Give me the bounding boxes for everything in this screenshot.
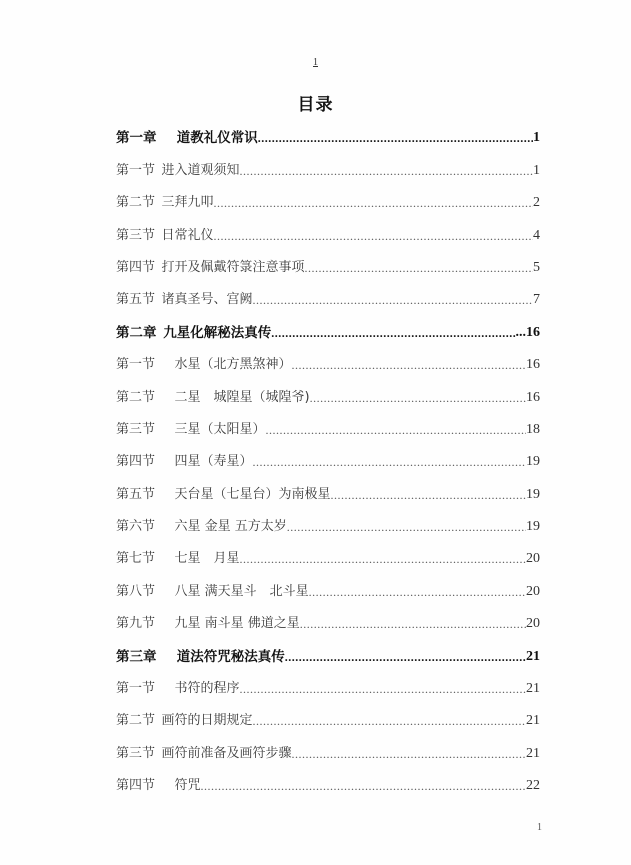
dot-leader (240, 550, 526, 568)
toc-entry-label: 第四节 四星（寿星） (116, 453, 253, 471)
toc-section[interactable]: 第六节 六星 金星 五方太岁 19 (116, 516, 540, 536)
toc-page-number: 2 (533, 194, 540, 212)
toc-entry-label: 第二节 二星 城隍星（城隍爷) (116, 389, 310, 407)
toc-section[interactable]: 第三节 三星（太阳星） 18 (116, 419, 540, 439)
dot-leader (214, 194, 533, 212)
toc-chapter-1[interactable]: 第一章 道教礼仪常识 1 (116, 127, 540, 147)
toc-section[interactable]: 第四节 四星（寿星） 19 (116, 451, 540, 471)
dot-leader (287, 518, 526, 536)
dot-leader (253, 712, 526, 730)
toc-section[interactable]: 第一节 书符的程序 21 (116, 678, 540, 698)
toc-page-number: 22 (526, 777, 540, 795)
toc-page-number: 5 (533, 259, 540, 277)
toc-entry-label: 第三节 三星（太阳星） (116, 421, 266, 439)
toc-section[interactable]: 第四节 符咒 22 (116, 775, 540, 795)
toc-section[interactable]: 第八节 八星 满天星斗 北斗星 20 (116, 581, 540, 601)
toc-entry-label: 第一节 书符的程序 (116, 680, 240, 698)
dot-leader (331, 486, 526, 504)
toc-section[interactable]: 第一节 进入道观须知 1 (116, 160, 540, 180)
dot-leader (285, 648, 526, 666)
toc-chapter-3[interactable]: 第三章 道法符咒秘法真传 21 (116, 646, 540, 666)
toc-section[interactable]: 第三节 画符前准备及画符步骤 21 (116, 743, 540, 763)
dot-leader (309, 583, 526, 601)
dot-leader (271, 324, 515, 342)
toc-page-number: 21 (526, 648, 540, 666)
toc-entry-label: 第一节 进入道观须知 (116, 162, 240, 180)
toc-section[interactable]: 第七节 七星 月星 20 (116, 548, 540, 568)
toc-entry-label: 第五节 诸真圣号、宫阙 (116, 291, 253, 309)
toc-entry-label: 第三节 画符前准备及画符步骤 (116, 745, 292, 763)
toc-section[interactable]: 第三节 日常礼仪 4 (116, 225, 540, 245)
dot-leader (258, 129, 533, 147)
dot-leader (253, 453, 526, 471)
header-page-number: 1 (0, 57, 631, 68)
toc-page-number: 18 (526, 421, 540, 439)
toc-page-number: 1 (533, 129, 540, 147)
toc-page-number: 19 (526, 453, 540, 471)
toc-page-number: 4 (533, 227, 540, 245)
dot-leader (240, 162, 533, 180)
toc-page-number: 20 (526, 583, 540, 601)
toc-entry-label: 第八节 八星 满天星斗 北斗星 (116, 583, 309, 601)
toc-page-number: 21 (526, 712, 540, 730)
toc-page-number: 21 (526, 745, 540, 763)
toc-entry-label: 第六节 六星 金星 五方太岁 (116, 518, 287, 536)
toc-section[interactable]: 第二节 二星 城隍星（城隍爷) 16 (116, 387, 540, 407)
dot-leader (240, 680, 526, 698)
toc-entry-label: 第四节 打开及佩戴符箓注意事项 (116, 259, 305, 277)
toc-entry-label: 第一章 道教礼仪常识 (116, 129, 258, 147)
toc-page-number: 20 (526, 550, 540, 568)
toc-section[interactable]: 第九节 九星 南斗星 佛道之星 20 (116, 613, 540, 633)
toc-page-number: 1 (533, 162, 540, 180)
dot-leader (214, 227, 533, 245)
toc-entry-label: 第三节 日常礼仪 (116, 227, 214, 245)
toc-page-number: 21 (526, 680, 540, 698)
toc-page-number: 19 (526, 518, 540, 536)
toc-entry-label: 第五节 天台星（七星台）为南极星 (116, 486, 331, 504)
toc-page-number: 16 (526, 356, 540, 374)
dot-leader (310, 389, 526, 407)
toc-section[interactable]: 第五节 诸真圣号、宫阙 7 (116, 289, 540, 309)
toc-entry-label: 第二章 九星化解秘法真传 (116, 324, 271, 342)
dot-leader (201, 777, 526, 795)
toc-section[interactable]: 第四节 打开及佩戴符箓注意事项 5 (116, 257, 540, 277)
toc-page-number: 20 (526, 615, 540, 633)
toc-section[interactable]: 第五节 天台星（七星台）为南极星 19 (116, 484, 540, 504)
dot-leader (253, 291, 533, 309)
footer-page-number: 1 (537, 822, 542, 833)
toc-section[interactable]: 第二节 三拜九叩 2 (116, 192, 540, 212)
toc-entry-label: 第二节 画符的日期规定 (116, 712, 253, 730)
dot-leader (292, 356, 526, 374)
toc-entry-label: 第三章 道法符咒秘法真传 (116, 648, 285, 666)
toc-section[interactable]: 第一节 水星（北方黑煞神） 16 (116, 354, 540, 374)
toc-chapter-2[interactable]: 第二章 九星化解秘法真传 ...16 (116, 322, 540, 342)
dot-leader (292, 745, 526, 763)
toc-page-number: 7 (533, 291, 540, 309)
dot-leader (266, 421, 526, 439)
toc-entry-label: 第七节 七星 月星 (116, 550, 240, 568)
toc-entry-label: 第九节 九星 南斗星 佛道之星 (116, 615, 300, 633)
toc-page-number: 16 (526, 389, 540, 407)
toc-entry-label: 第四节 符咒 (116, 777, 201, 795)
toc-entry-label: 第二节 三拜九叩 (116, 194, 214, 212)
toc-entry-label: 第一节 水星（北方黑煞神） (116, 356, 292, 374)
document-page: 1 目录 第一章 道教礼仪常识 1 第一节 进入道观须知 1 第二节 三拜九叩 … (0, 0, 631, 865)
toc-page-number: 19 (526, 486, 540, 504)
dot-leader (305, 259, 533, 277)
toc-title: 目录 (0, 90, 631, 115)
dot-leader (300, 615, 526, 633)
toc-section[interactable]: 第二节 画符的日期规定 21 (116, 710, 540, 730)
toc-page-number: ...16 (516, 324, 541, 342)
